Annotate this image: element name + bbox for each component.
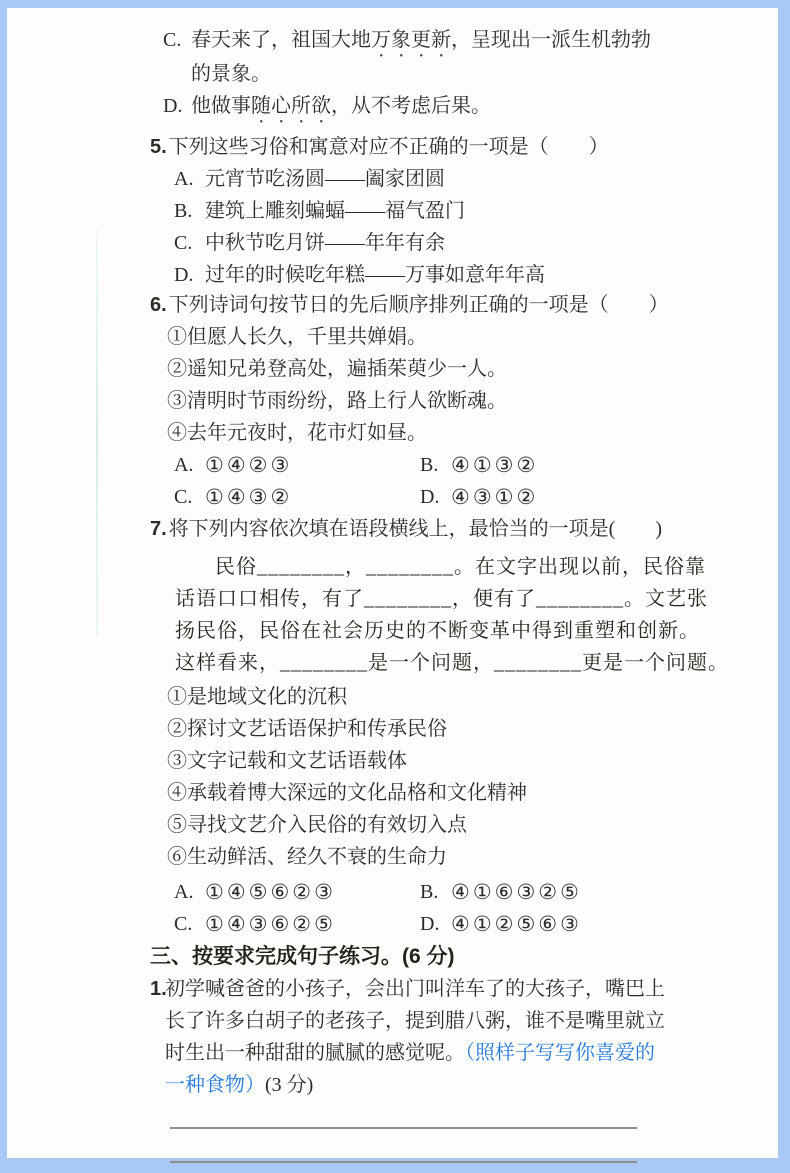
list-item: 扬民俗，民俗在社会历史的不断变革中得到重塑和创新。 (175, 615, 778, 647)
question-7-passage: 民俗________，________。在文字出现以前，民俗靠话语口口相传，有了… (7, 551, 778, 679)
answer-area (7, 1101, 778, 1163)
section-title: 三、按要求完成句子练习。 (150, 945, 402, 968)
teacher-note-blue: （照样子写写你喜爱的 (465, 1042, 655, 1064)
question4-option-d: D. 他做事随心所欲，从不考虑后果。 (7, 90, 778, 128)
choice-letter: B. (420, 876, 451, 908)
exam-content: C. 春天来了，祖国大地万象更新，呈现出一派生机勃勃 的景象。 D. 他做事随心… (7, 8, 778, 1163)
choice-value: ①④③⑥②⑤ (205, 908, 336, 940)
question-number: 6. (150, 294, 167, 316)
text-segment: ，呈现出一派生机勃勃 (451, 29, 651, 51)
section-score: (6 分) (402, 945, 455, 968)
question-6-choices: A.①④②③B.④①③②C.①④③②D.④③①② (7, 449, 778, 513)
question-number: 5. (150, 136, 167, 158)
list-item: ④去年元夜时，花市灯如昼。 (167, 417, 778, 449)
question-5: 5.下列这些习俗和寓意对应不正确的一项是（ ） A.元宵节吃汤圆——阖家团圆B.… (7, 131, 778, 291)
text-segment: 初学喊爸爸的小孩子，会出门叫洋车了的大孩子，嘴巴上 (165, 978, 665, 1000)
choice-option: D.过年的时候吃年糕——万事如意年年高 (7, 259, 778, 291)
list-item: 民俗________，________。在文字出现以前，民俗靠 (175, 551, 778, 583)
list-item: ③清明时节雨纷纷，路上行人欲断魂。 (167, 385, 778, 417)
choice-letter: D. (420, 908, 451, 940)
answer-line[interactable] (170, 1101, 637, 1129)
list-item: ②探讨文艺话语保护和传承民俗 (167, 713, 778, 745)
choice-option: D.④③①② (420, 481, 778, 513)
choice-option: A.①④⑤⑥②③ (174, 876, 420, 908)
choice-letter: A. (174, 876, 205, 908)
question-6: 6.下列诗词句按节日的先后顺序排列正确的一项是（ ） ①但愿人长久，千里共婵娟。… (7, 289, 778, 513)
text-line: 初学喊爸爸的小孩子，会出门叫洋车了的大孩子，嘴巴上 (7, 973, 778, 1005)
question-6-items: ①但愿人长久，千里共婵娟。②遥知兄弟登高处，遍插茱萸少一人。③清明时节雨纷纷，路… (7, 321, 778, 449)
list-item: ②遥知兄弟登高处，遍插茱萸少一人。 (167, 353, 778, 385)
question-5-options: A.元宵节吃汤圆——阖家团圆B.建筑上雕刻蝙蝠——福气盈门C.中秋节吃月饼——年… (7, 163, 778, 291)
choice-letter: D. (420, 481, 451, 513)
option-letter: D. (163, 90, 191, 128)
list-item: ①但愿人长久，千里共婵娟。 (167, 321, 778, 353)
scan-artifact-line (96, 230, 98, 635)
choice-value: 建筑上雕刻蝙蝠——福气盈门 (205, 195, 465, 227)
emphasized-idiom: 随心所欲 (251, 95, 331, 117)
choice-letter: C. (174, 481, 205, 513)
prompt-text: 下列这些习俗和寓意对应不正确的一项是（ ） (169, 136, 609, 158)
question-5-prompt: 5.下列这些习俗和寓意对应不正确的一项是（ ） (7, 131, 778, 163)
choice-option: C.中秋节吃月饼——年年有余 (7, 227, 778, 259)
choice-option: A.元宵节吃汤圆——阖家团圆 (7, 163, 778, 195)
question-7-choices: A.①④⑤⑥②③B.④①⑥③②⑤C.①④③⑥②⑤D.④①②⑤⑥③ (7, 876, 778, 940)
text-segment: 春天来了，祖国大地 (191, 29, 371, 51)
text-line: 一种食物）(3 分) (7, 1069, 778, 1101)
prompt-text: 将下列内容依次填在语段横线上，最恰当的一项是( ) (169, 518, 662, 540)
choice-value: ①④③② (205, 481, 292, 513)
choice-value: ④①③② (451, 449, 538, 481)
question-number: 1. (150, 973, 167, 1005)
choice-option: B.④①⑥③②⑤ (420, 876, 778, 908)
list-item: 话语口口相传，有了________，便有了________。文艺张 (175, 583, 778, 615)
choice-option: B.建筑上雕刻蝙蝠——福气盈门 (7, 195, 778, 227)
option-letter: C. (163, 24, 191, 62)
list-item: ⑤寻找文艺介入民俗的有效切入点 (167, 809, 778, 841)
list-item: ①是地域文化的沉积 (167, 681, 778, 713)
text-segment: ，从不考虑后果。 (331, 95, 491, 117)
choice-letter: C. (174, 908, 205, 940)
question4-option-c: C. 春天来了，祖国大地万象更新，呈现出一派生机勃勃 (7, 24, 778, 62)
list-item: ④承载着博大深远的文化品格和文化精神 (167, 777, 778, 809)
prompt-text: 下列诗词句按节日的先后顺序排列正确的一项是（ ） (169, 294, 669, 316)
choice-value: 中秋节吃月饼——年年有余 (205, 227, 445, 259)
choice-value: ④①②⑤⑥③ (451, 908, 582, 940)
choice-value: 过年的时候吃年糕——万事如意年年高 (205, 259, 545, 291)
choice-value: ①④⑤⑥②③ (205, 876, 336, 908)
choice-letter: B. (420, 449, 451, 481)
text-segment: 时生出一种甜甜的腻腻的感觉呢。 (165, 1042, 465, 1064)
question4-option-c-continuation: 的景象。 (7, 58, 778, 90)
text-segment: (3 分) (265, 1074, 313, 1096)
exercise-1-text: 初学喊爸爸的小孩子，会出门叫洋车了的大孩子，嘴巴上长了许多白胡子的老孩子，提到腊… (7, 973, 778, 1101)
choice-letter: A. (174, 449, 205, 481)
question-7-prompt: 7.将下列内容依次填在语段横线上，最恰当的一项是( ) (7, 513, 778, 545)
question-7-items: ①是地域文化的沉积②探讨文艺话语保护和传承民俗③文字记载和文艺话语载体④承载着博… (7, 681, 778, 873)
choice-option: C.①④③⑥②⑤ (174, 908, 420, 940)
answer-line[interactable] (170, 1129, 637, 1163)
list-item: ⑥生动鲜活、经久不衰的生命力 (167, 841, 778, 873)
section-3-heading: 三、按要求完成句子练习。(6 分) (7, 941, 778, 973)
text-segment: 他做事 (191, 95, 251, 117)
choice-value: 元宵节吃汤圆——阖家团圆 (205, 163, 445, 195)
choice-letter: D. (174, 259, 205, 291)
list-item: ③文字记载和文艺话语载体 (167, 745, 778, 777)
choice-letter: B. (174, 195, 205, 227)
choice-letter: C. (174, 227, 205, 259)
choice-option: D.④①②⑤⑥③ (420, 908, 778, 940)
choice-value: ④③①② (451, 481, 538, 513)
teacher-note-blue: 一种食物） (165, 1074, 265, 1096)
text-line: 长了许多白胡子的老孩子，提到腊八粥，谁不是嘴里就立 (7, 1005, 778, 1037)
exam-paper: C. 春天来了，祖国大地万象更新，呈现出一派生机勃勃 的景象。 D. 他做事随心… (7, 8, 778, 1158)
exercise-1: 1. 初学喊爸爸的小孩子，会出门叫洋车了的大孩子，嘴巴上长了许多白胡子的老孩子，… (7, 973, 778, 1101)
page-background: { "colors": { "page_bg": "#a9c8f6", "pap… (0, 0, 790, 1173)
emphasized-idiom: 万象更新 (371, 29, 451, 51)
option-text: 春天来了，祖国大地万象更新，呈现出一派生机勃勃 (191, 24, 651, 62)
choice-option: A.①④②③ (174, 449, 420, 481)
text-line: 时生出一种甜甜的腻腻的感觉呢。（照样子写写你喜爱的 (7, 1037, 778, 1069)
question-7: 7.将下列内容依次填在语段横线上，最恰当的一项是( ) 民俗________，_… (7, 513, 778, 940)
choice-value: ①④②③ (205, 449, 292, 481)
option-text: 他做事随心所欲，从不考虑后果。 (191, 90, 491, 128)
question-6-prompt: 6.下列诗词句按节日的先后顺序排列正确的一项是（ ） (7, 289, 778, 321)
text-segment: 长了许多白胡子的老孩子，提到腊八粥，谁不是嘴里就立 (165, 1010, 665, 1032)
choice-letter: A. (174, 163, 205, 195)
choice-option: B.④①③② (420, 449, 778, 481)
choice-value: ④①⑥③②⑤ (451, 876, 582, 908)
list-item: 这样看来，________是一个问题，________更是一个问题。 (175, 647, 778, 679)
question-number: 7. (150, 518, 167, 540)
choice-option: C.①④③② (174, 481, 420, 513)
